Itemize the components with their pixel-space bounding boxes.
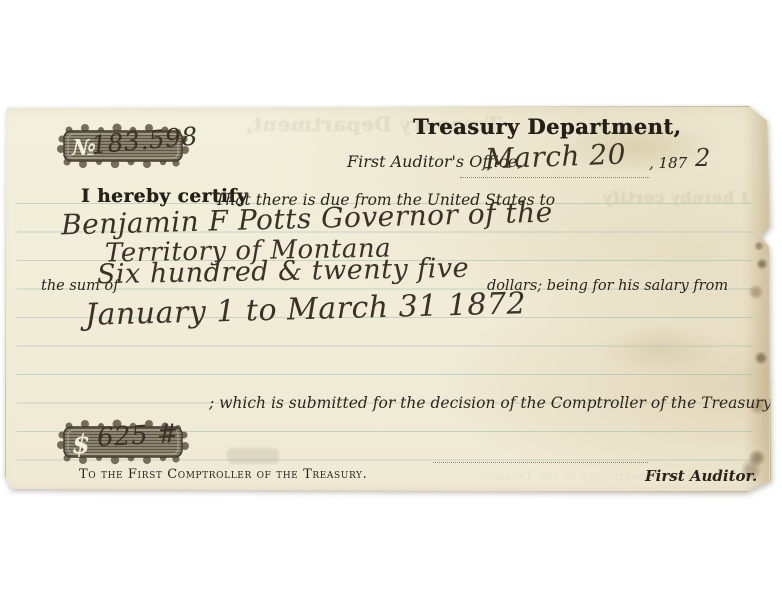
paper-sheet: Treasury Department, I hereby certify To… bbox=[5, 106, 771, 492]
year-digit-handwritten: 2 bbox=[695, 144, 711, 172]
year-printed: , 187 bbox=[649, 154, 687, 172]
footer-addressee: To the First Comptroller of the Treasury… bbox=[79, 467, 367, 482]
submission-line: ; which is submitted for the decision of… bbox=[209, 394, 782, 412]
period-handwritten: January 1 to March 31 1872 bbox=[85, 286, 527, 333]
date-handwritten: March 20 bbox=[484, 138, 626, 176]
foxing-stains bbox=[739, 106, 769, 492]
signer-title: First Auditor. bbox=[645, 467, 757, 485]
paper-stain bbox=[595, 321, 725, 376]
ghost-cartouche-bleedthrough bbox=[227, 448, 279, 464]
document-title: Treasury Department, bbox=[413, 114, 681, 139]
date-fill-rule bbox=[460, 176, 650, 178]
ghost-certify-bleedthrough: I hereby certify bbox=[603, 188, 749, 207]
amount-value-handwritten: 625 # bbox=[96, 419, 180, 453]
sum-words-handwritten: Six hundred & twenty five bbox=[97, 253, 470, 290]
treasury-certificate-document: Treasury Department, I hereby certify To… bbox=[5, 106, 771, 492]
amount-currency-label: $ bbox=[72, 430, 90, 460]
signature-rule bbox=[433, 461, 648, 463]
